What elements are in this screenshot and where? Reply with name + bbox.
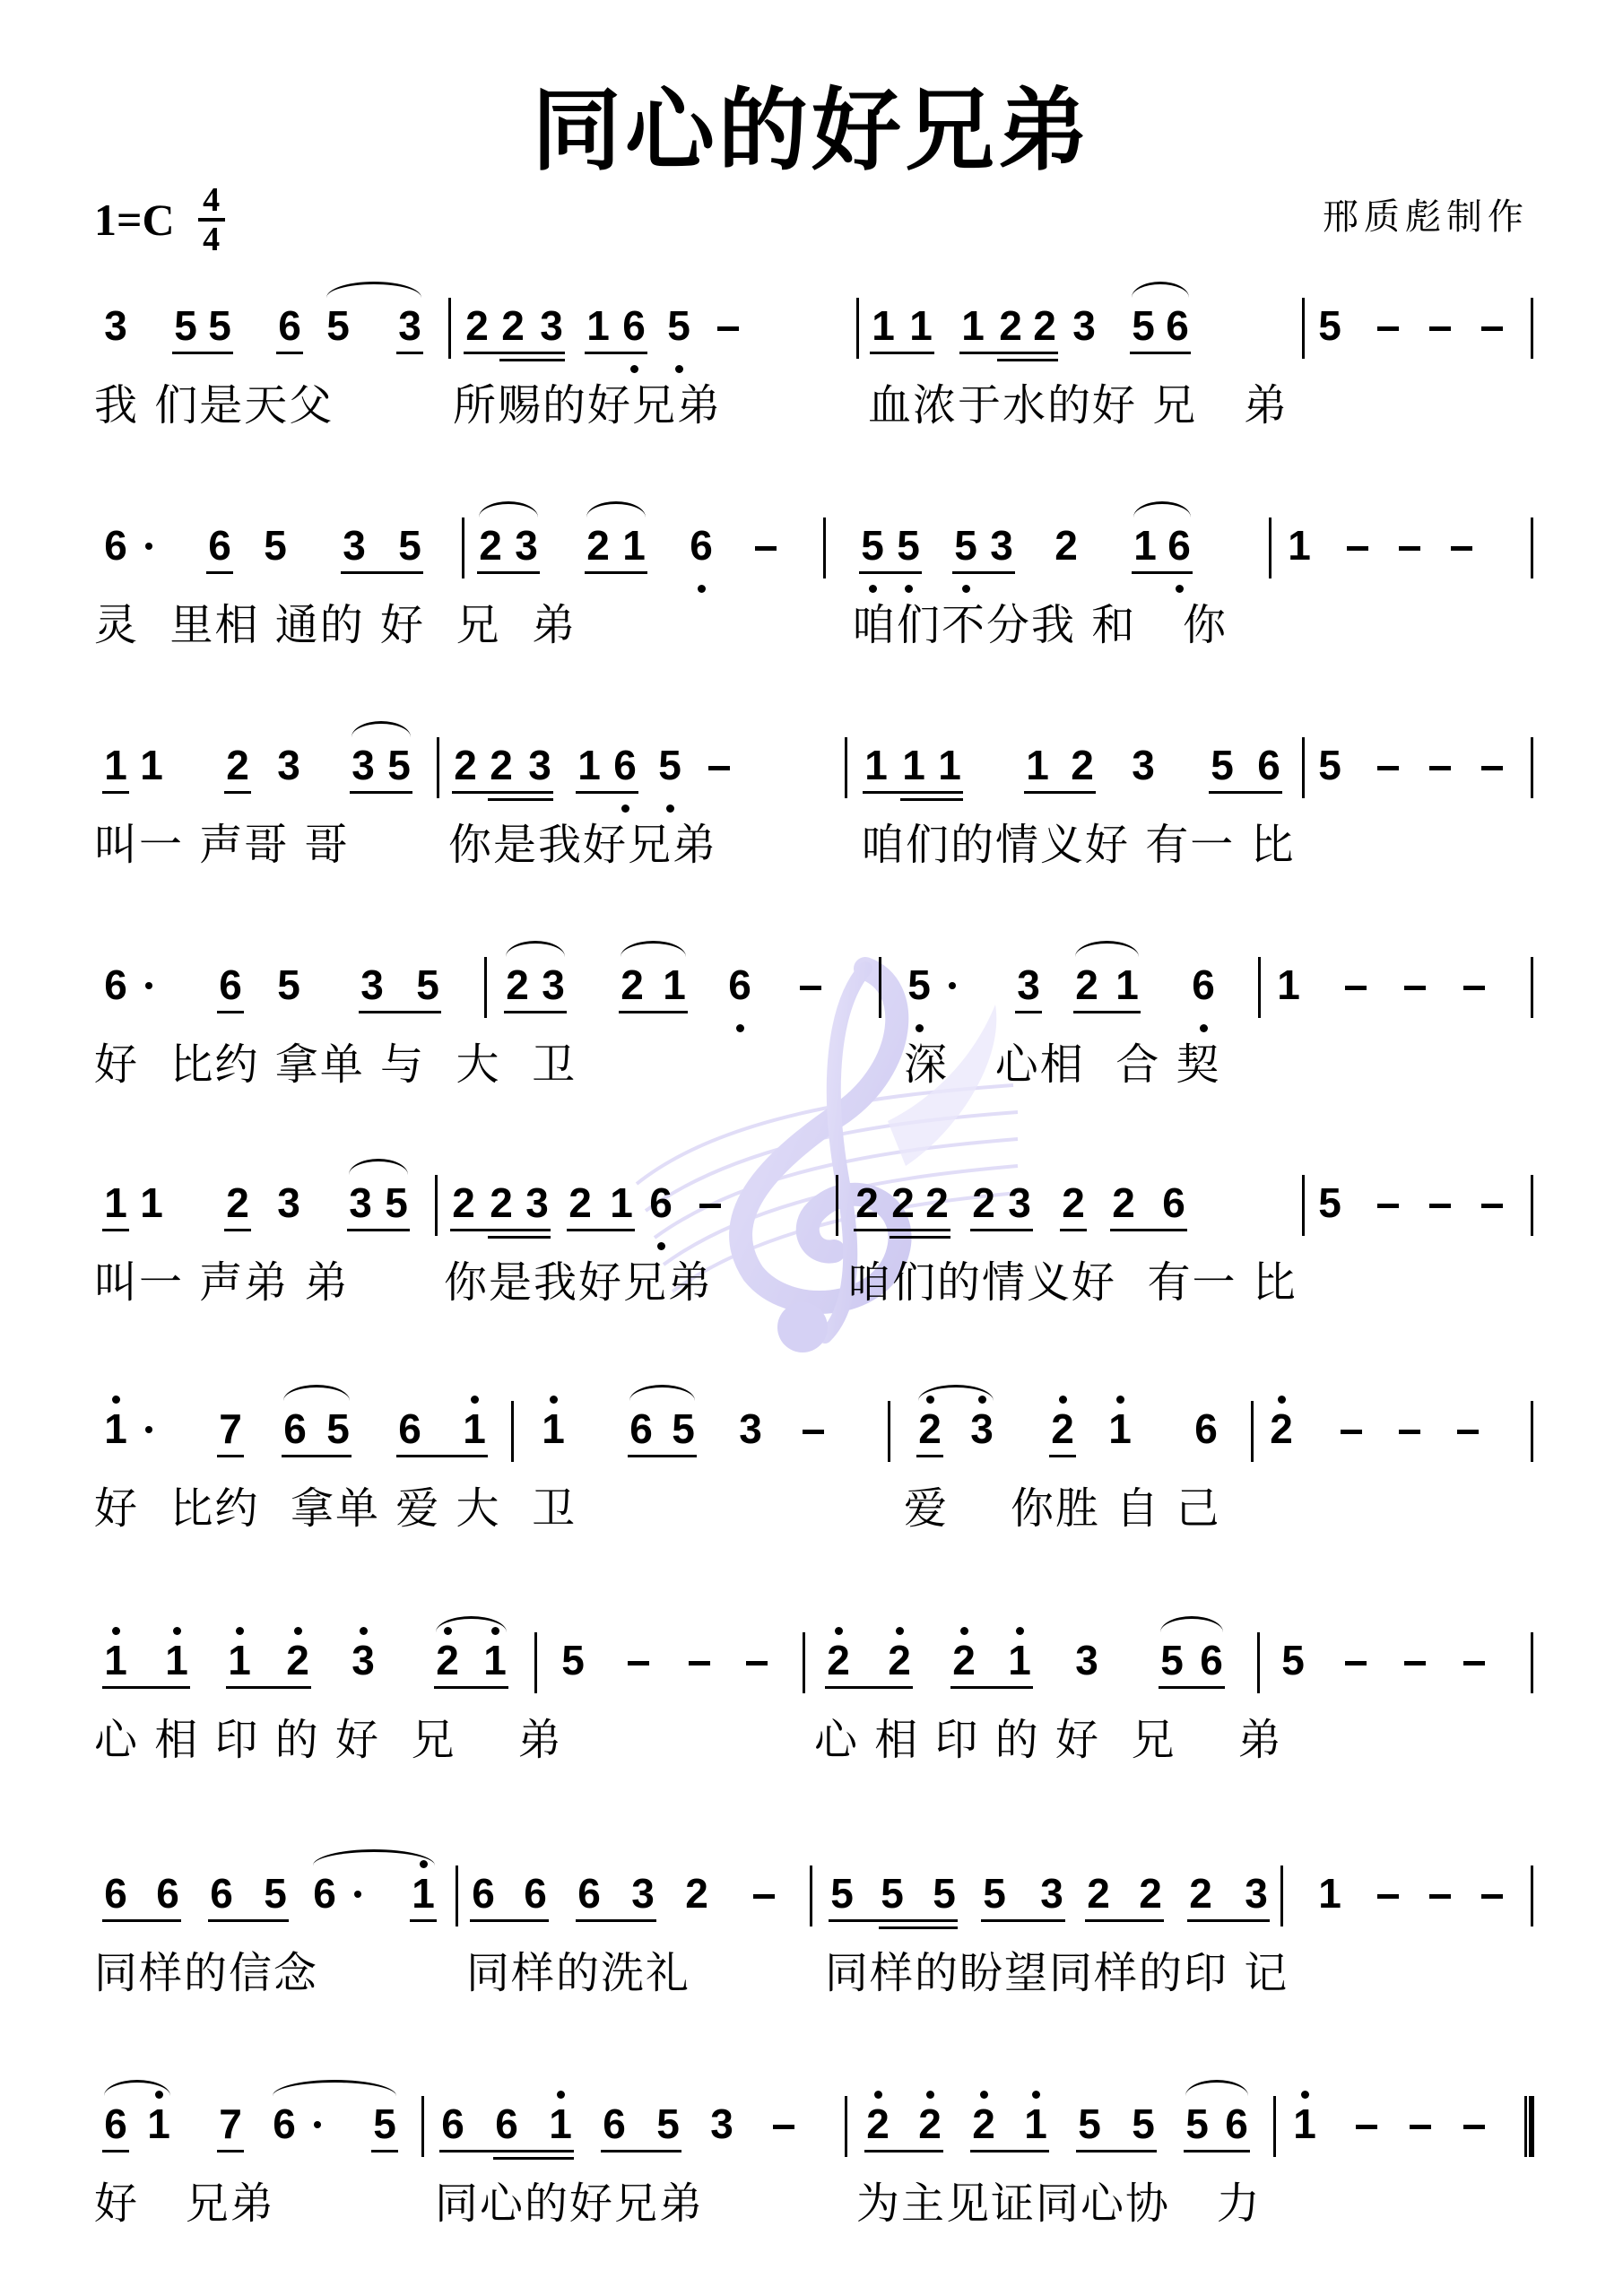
slur	[918, 1385, 994, 1401]
rhythm-underline	[102, 1229, 129, 1231]
note: 2	[486, 744, 516, 786]
note: 2	[448, 1182, 479, 1223]
barline	[810, 1865, 812, 1926]
note: 5	[369, 2103, 400, 2144]
rhythm-underline	[970, 2150, 1049, 2152]
note: 1	[545, 2103, 576, 2144]
sustain-dash	[1399, 546, 1420, 551]
slur	[104, 2080, 170, 2096]
note: 5	[1315, 744, 1345, 786]
key-signature: 1=C 4 4	[94, 184, 225, 256]
rhythm-underline	[601, 2150, 681, 2152]
note: 6	[1162, 305, 1193, 346]
rhythm-underline	[959, 352, 1058, 354]
lyric-line: 爱 你胜 自 己	[904, 1487, 1221, 1530]
note: 3	[511, 525, 542, 566]
sustain-dash	[1463, 1661, 1485, 1665]
note: 2	[617, 964, 647, 1005]
rhythm-underline	[217, 1455, 244, 1457]
rhythm-underline	[863, 791, 963, 794]
sustain-dash	[1377, 766, 1399, 770]
sustain-dash	[1404, 986, 1426, 990]
barline	[1257, 1632, 1260, 1693]
octave-up-dot	[360, 1627, 368, 1635]
note: 2	[968, 1182, 999, 1223]
sustain-dash	[1356, 2125, 1377, 2129]
note: 1	[100, 1408, 131, 1449]
rhythm-underline	[829, 1919, 958, 1922]
sustain-dash	[1463, 986, 1485, 990]
note: 1	[136, 744, 167, 786]
lyric-line: 心 相 印 的 好 兄 弟	[814, 1718, 1283, 1761]
octave-down-dot	[869, 585, 877, 593]
note: 7	[215, 2103, 246, 2144]
lyric-line: 咱们不分我 和 你	[852, 604, 1228, 647]
octave-down-dot	[621, 804, 629, 813]
rhythm-underline	[576, 1919, 656, 1922]
slur	[621, 941, 686, 957]
rhythm-underline	[208, 1919, 289, 1922]
rhythm-underline	[224, 791, 251, 794]
note: 6	[1188, 964, 1219, 1005]
score-system: 112335223216222232265叫一 声弟 弟你是我好兄弟咱们的情义好…	[0, 1182, 1623, 1361]
note: 5	[827, 1873, 857, 1914]
score-system: 1112321522213565心 相 印 的 好 兄 弟心 相 印 的 好 兄…	[0, 1639, 1623, 1819]
rhythm-underline	[347, 1229, 410, 1231]
sustain-dash	[1377, 326, 1399, 331]
note: 6	[100, 964, 131, 1005]
note: 3	[100, 305, 131, 346]
note: 2	[222, 1182, 253, 1223]
note: 2	[1185, 1873, 1216, 1914]
rhythm-underline	[900, 798, 963, 801]
slur	[479, 501, 538, 517]
sustain-dash	[1347, 546, 1368, 551]
note: 2	[1108, 1182, 1139, 1223]
barline	[1531, 957, 1533, 1018]
sustain-dash	[1377, 1894, 1399, 1899]
note: 3	[1069, 305, 1099, 346]
note: 5	[877, 1873, 907, 1914]
note: 6	[309, 1873, 340, 1914]
note: 2	[450, 744, 481, 786]
note: 5	[1182, 2103, 1212, 2144]
rhythm-underline	[916, 1455, 943, 1457]
note: 3	[536, 305, 567, 346]
note: 5	[204, 305, 235, 346]
rhythm-underline	[950, 1686, 1033, 1689]
octave-down-dot	[698, 585, 706, 593]
sustain-dash	[1451, 546, 1472, 551]
note: 5	[1128, 305, 1159, 346]
sustain-dash	[1345, 986, 1367, 990]
note: 2	[1135, 1873, 1166, 1914]
rhythm-underline	[1015, 1011, 1042, 1013]
octave-up-dot	[980, 2091, 988, 2099]
note: 3	[339, 525, 369, 566]
rhythm-underline	[1060, 1229, 1087, 1231]
slur	[436, 1616, 507, 1632]
note: 3	[1128, 744, 1159, 786]
rhythm-underline	[1110, 1229, 1187, 1231]
rhythm-underline	[282, 1455, 352, 1457]
note: 2	[1072, 964, 1102, 1005]
rhythm-underline	[1159, 1686, 1225, 1689]
rhythm-underline	[464, 352, 565, 354]
note: 5	[1315, 305, 1345, 346]
note: 1	[934, 744, 965, 786]
barline	[511, 1401, 514, 1462]
note: 1	[1315, 1873, 1345, 1914]
note: 5	[1315, 1182, 1345, 1223]
rhythm-underline	[981, 1919, 1065, 1922]
note: 5	[1207, 744, 1237, 786]
slur	[1160, 1616, 1223, 1632]
barline	[462, 517, 464, 578]
barline	[1302, 737, 1305, 798]
note: 2	[884, 1639, 915, 1681]
note: 6	[468, 1873, 499, 1914]
sustain-dash	[1457, 1430, 1479, 1434]
sustain-dash	[1481, 326, 1503, 331]
note: 1	[100, 1639, 131, 1681]
time-signature-bottom: 4	[203, 223, 220, 256]
note: 2	[432, 1639, 463, 1681]
note: 3	[707, 2103, 737, 2144]
note: 7	[215, 1408, 246, 1449]
note: 2	[915, 2103, 945, 2144]
rhythm-underline	[854, 1229, 950, 1231]
octave-up-dot	[960, 1627, 968, 1635]
barline	[856, 298, 859, 359]
octave-down-dot	[905, 585, 913, 593]
octave-up-dot	[236, 1627, 244, 1635]
note: 3	[348, 744, 378, 786]
note: 1	[100, 1182, 131, 1223]
slur	[349, 1159, 408, 1175]
score-system: 355653223165111223565我 们是天父所赐的好兄弟血浓于水的好 …	[0, 305, 1623, 484]
sustain-dash	[1429, 766, 1451, 770]
slur	[506, 941, 565, 957]
note: 5	[558, 1639, 588, 1681]
note: 6	[204, 525, 235, 566]
octave-up-dot	[1301, 2091, 1309, 2099]
note: 5	[1128, 2103, 1159, 2144]
note: 1	[583, 305, 613, 346]
rhythm-underline	[493, 2157, 574, 2160]
sustain-dash	[699, 1204, 721, 1208]
slur	[326, 282, 421, 298]
note: 1	[538, 1408, 568, 1449]
barline	[1531, 1632, 1533, 1693]
note: 2	[1051, 525, 1081, 566]
note: 6	[395, 1408, 425, 1449]
note: 2	[1029, 305, 1060, 346]
note: 1	[1289, 2103, 1320, 2144]
note: 3	[525, 744, 555, 786]
rhythm-underline	[450, 1229, 551, 1231]
octave-up-dot	[557, 2091, 565, 2099]
octave-up-dot	[112, 1627, 120, 1635]
note: 5	[260, 525, 291, 566]
sustain-dash	[1345, 1661, 1367, 1665]
sustain-dash	[1429, 1894, 1451, 1899]
time-signature: 4 4	[198, 184, 225, 256]
note: 2	[282, 1639, 313, 1681]
note: 5	[857, 525, 888, 566]
rhythm-underline	[102, 2150, 129, 2152]
note: 6	[100, 1873, 131, 1914]
note: 6	[215, 964, 246, 1005]
octave-up-dot	[173, 1627, 181, 1635]
octave-down-dot	[666, 804, 674, 813]
rhythm-underline	[102, 791, 129, 794]
note: 3	[348, 1639, 378, 1681]
rhythm-underline	[488, 798, 553, 801]
slur	[352, 721, 411, 737]
rhythm-underline	[1085, 1919, 1164, 1922]
octave-up-dot	[896, 1627, 904, 1635]
note: 1	[224, 1639, 255, 1681]
note: 5	[1278, 1639, 1308, 1681]
note: 2	[1047, 1408, 1078, 1449]
rhythm-underline	[488, 1236, 551, 1239]
octave-down-dot	[736, 1024, 744, 1032]
key-tonic: 1=C	[94, 194, 175, 246]
barline	[421, 2096, 424, 2157]
barline	[1251, 1401, 1254, 1462]
barline	[879, 957, 881, 1018]
octave-up-dot	[1116, 1396, 1124, 1404]
barline	[448, 298, 451, 359]
rhythm-underline	[477, 571, 540, 574]
note: 5	[1074, 2103, 1105, 2144]
note: 2	[922, 1182, 952, 1223]
rhythm-underline	[870, 352, 934, 354]
sustain-dash	[1429, 326, 1451, 331]
note: 6	[438, 2103, 468, 2144]
rhythm-underline	[217, 1011, 244, 1013]
rhythm-underline	[172, 352, 233, 354]
rhythm-underline	[1130, 352, 1191, 354]
note: 6	[725, 964, 755, 1005]
song-title: 同心的好兄弟	[0, 85, 1623, 175]
barline	[823, 517, 826, 578]
rhythm-underline	[952, 571, 1015, 574]
note: 5	[412, 964, 443, 1005]
note: 3	[1013, 964, 1044, 1005]
note: 5	[1157, 1639, 1187, 1681]
rhythm-underline	[434, 1686, 508, 1689]
note: 1	[459, 1408, 490, 1449]
note: 1	[574, 744, 604, 786]
note: 1	[143, 2103, 174, 2144]
octave-down-dot	[916, 1024, 924, 1032]
rhythm-underline	[217, 2150, 244, 2152]
rhythm-underline	[997, 359, 1058, 361]
note: 1	[1004, 1639, 1035, 1681]
note: 2	[1058, 1182, 1089, 1223]
sustain-dash	[1377, 1204, 1399, 1208]
note: 6	[280, 1408, 310, 1449]
lyric-line: 叫一 声弟 弟	[94, 1261, 350, 1304]
note: 1	[136, 1182, 167, 1223]
note: 6	[619, 305, 649, 346]
note: 5	[323, 1408, 353, 1449]
note: 3	[1241, 1873, 1271, 1914]
lyric-line: 好 兄弟	[94, 2182, 275, 2225]
rhythm-underline	[226, 1686, 311, 1689]
rhythm-underline	[470, 1919, 549, 1922]
sustain-dash	[717, 326, 739, 331]
rhythm-underline	[396, 352, 423, 354]
note: 5	[381, 1182, 412, 1223]
barline	[888, 1401, 890, 1462]
rhythm-underline	[1073, 1011, 1141, 1013]
note: 6	[610, 744, 640, 786]
note: 2	[949, 1639, 979, 1681]
note: 3	[628, 1873, 658, 1914]
sustain-dash	[753, 1894, 775, 1899]
lyric-line: 好 比约 拿单 与 大 卫	[94, 1043, 577, 1086]
barline	[836, 1175, 838, 1236]
note: 1	[100, 744, 131, 786]
note: 3	[1072, 1639, 1102, 1681]
note: 1	[161, 1639, 192, 1681]
rhythm-underline	[206, 571, 233, 574]
score-system: 6653523216532161好 比约 拿单 与 大 卫深 心相 合 契	[0, 964, 1623, 1144]
note: 1	[1284, 525, 1315, 566]
rhythm-underline	[396, 1455, 488, 1457]
barline	[1531, 1401, 1533, 1462]
note: 6	[1164, 525, 1194, 566]
octave-up-dot	[1016, 1627, 1024, 1635]
sustain-dash	[755, 546, 777, 551]
rhythm-underline	[825, 1686, 913, 1689]
barline	[1302, 1175, 1305, 1236]
note: 5	[170, 305, 201, 346]
rhythm-underline	[341, 571, 423, 574]
sustain-dash	[1410, 2125, 1431, 2129]
lyric-line: 灵 里相 通的 好 兄 弟	[94, 604, 577, 647]
lyric-line: 所赐的好兄弟	[453, 384, 722, 427]
octave-down-dot	[630, 365, 638, 373]
slur	[1133, 501, 1191, 517]
sustain-dash	[1481, 1204, 1503, 1208]
lyric-line: 同样的信念	[94, 1952, 318, 1995]
lyric-line: 为主见证同心协 力	[856, 2182, 1262, 2225]
note: 5	[384, 744, 414, 786]
rhythm-underline	[1187, 1919, 1270, 1922]
note: 2	[498, 305, 528, 346]
rhythm-underline	[224, 1229, 251, 1231]
note: 1	[898, 744, 929, 786]
lyric-line: 同样的洗礼	[466, 1952, 690, 1995]
note: 5	[260, 1873, 291, 1914]
note: 3	[522, 1182, 552, 1223]
rhythm-underline	[567, 1229, 635, 1231]
lyric-line: 你是我好兄弟	[444, 1261, 713, 1304]
sustain-dash	[1429, 1204, 1451, 1208]
note: 1	[958, 305, 988, 346]
note: 2	[995, 305, 1026, 346]
octave-up-dot	[294, 1627, 302, 1635]
note: 2	[475, 525, 506, 566]
note: 3	[273, 744, 304, 786]
note: 5	[904, 964, 934, 1005]
note: 3	[395, 305, 425, 346]
octave-up-dot	[471, 1396, 479, 1404]
note: 5	[655, 744, 685, 786]
barline	[1280, 1865, 1283, 1926]
score-system: 112335223165111123565叫一 声哥 哥你是我好兄弟咱们的情义好…	[0, 744, 1623, 924]
rhythm-underline	[628, 1455, 697, 1457]
rhythm-underline	[970, 1229, 1033, 1231]
note: 3	[1004, 1182, 1035, 1223]
note: 6	[1254, 744, 1284, 786]
barline	[1531, 517, 1533, 578]
note: 2	[502, 964, 533, 1005]
sustain-dash	[1399, 1430, 1420, 1434]
note: 6	[1191, 1408, 1221, 1449]
note: 5	[273, 964, 304, 1005]
note: 2	[863, 2103, 893, 2144]
note: 3	[273, 1182, 304, 1223]
final-barline	[1524, 2096, 1534, 2157]
lyric-line: 你是我好兄弟	[448, 823, 717, 866]
note: 2	[1083, 1873, 1114, 1914]
sustain-dash	[773, 2125, 794, 2129]
note: 6	[626, 1408, 656, 1449]
barline	[1531, 737, 1533, 798]
lyric-line: 好 比约 拿单 爱 大 卫	[94, 1487, 577, 1530]
note: 1	[480, 1639, 510, 1681]
rhythm-underline	[102, 1919, 181, 1922]
rhythm-underline	[879, 1926, 958, 1929]
octave-up-dot	[112, 1396, 120, 1404]
lyric-line: 心 相 印 的 好 兄 弟	[94, 1718, 563, 1761]
sustain-dash	[1341, 1430, 1362, 1434]
sustain-dash	[800, 986, 821, 990]
note: 3	[967, 1408, 997, 1449]
note: 5	[668, 1408, 699, 1449]
barline	[1269, 517, 1271, 578]
note: 2	[1266, 1408, 1297, 1449]
octave-down-dot	[675, 365, 683, 373]
rhythm-underline	[1209, 791, 1282, 794]
note: 6	[1159, 1182, 1189, 1223]
barline	[1531, 1865, 1533, 1926]
note: 1	[659, 964, 690, 1005]
note: 6	[491, 2103, 522, 2144]
note: 6	[1221, 2103, 1252, 2144]
sustain-dash	[1481, 1894, 1503, 1899]
note: 6	[599, 2103, 629, 2144]
octave-up-dot	[1032, 2091, 1040, 2099]
rhythm-underline	[371, 2150, 398, 2152]
note: 5	[395, 525, 425, 566]
note: 2	[852, 1182, 882, 1223]
note: 1	[1022, 744, 1053, 786]
octave-down-dot	[1176, 585, 1184, 593]
barline	[1531, 298, 1533, 359]
note: 2	[968, 2103, 999, 2144]
octave-up-dot	[835, 1627, 843, 1635]
note: 5	[950, 525, 981, 566]
note: 3	[357, 964, 387, 1005]
note: 6	[152, 1873, 183, 1914]
note: 2	[583, 525, 613, 566]
